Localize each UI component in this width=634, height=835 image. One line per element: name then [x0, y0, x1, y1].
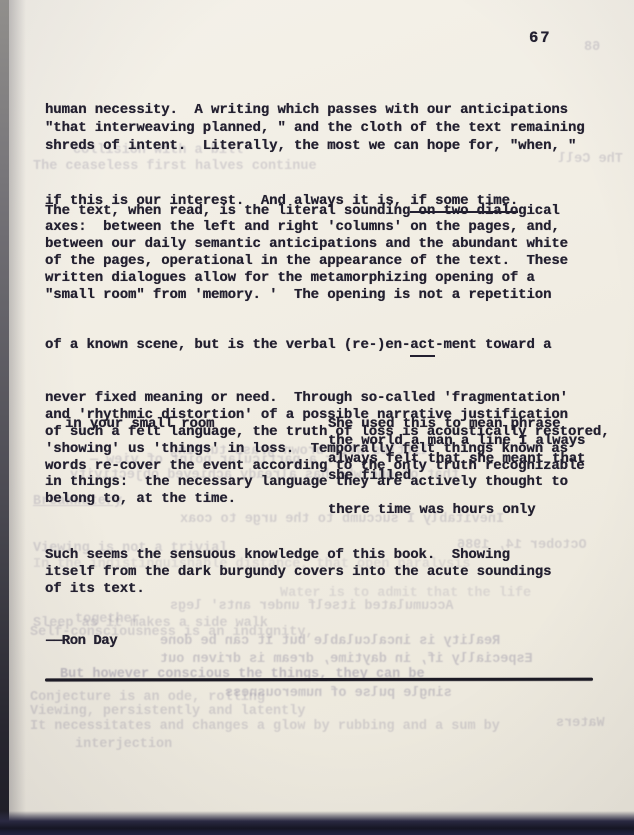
poem-left-column: in your small room [65, 416, 214, 433]
gutter-shadow [9, 0, 26, 835]
page-content: 67 human necessity. A writing which pass… [0, 0, 634, 835]
poem-right-column: She used this to mean phrase the world a… [328, 416, 585, 520]
horizontal-rule [45, 678, 593, 682]
paragraph-opening-lines: human necessity. A writing which passes … [45, 101, 585, 156]
book-gutter-edge [0, 0, 9, 835]
underlined-syllable-act: act [410, 337, 435, 357]
paragraph-main-lines-a: The text, when read, is the literal soun… [45, 203, 610, 304]
text-segment: -ment toward a [435, 337, 551, 353]
paragraph-main-line7: of a known scene, but is the verbal (re-… [45, 337, 610, 357]
paragraph-closing: Such seems the sensuous knowledge of thi… [45, 547, 551, 599]
scan-bottom-edge [0, 811, 634, 835]
ink-speck [482, 398, 484, 401]
author-signature: ——Ron Day [46, 633, 117, 649]
scanned-book-page: 68collision with a billThe CellThe cease… [0, 0, 634, 835]
text-segment: of a known scene, but is the verbal (re-… [45, 337, 410, 353]
page-number: 67 [529, 29, 552, 47]
